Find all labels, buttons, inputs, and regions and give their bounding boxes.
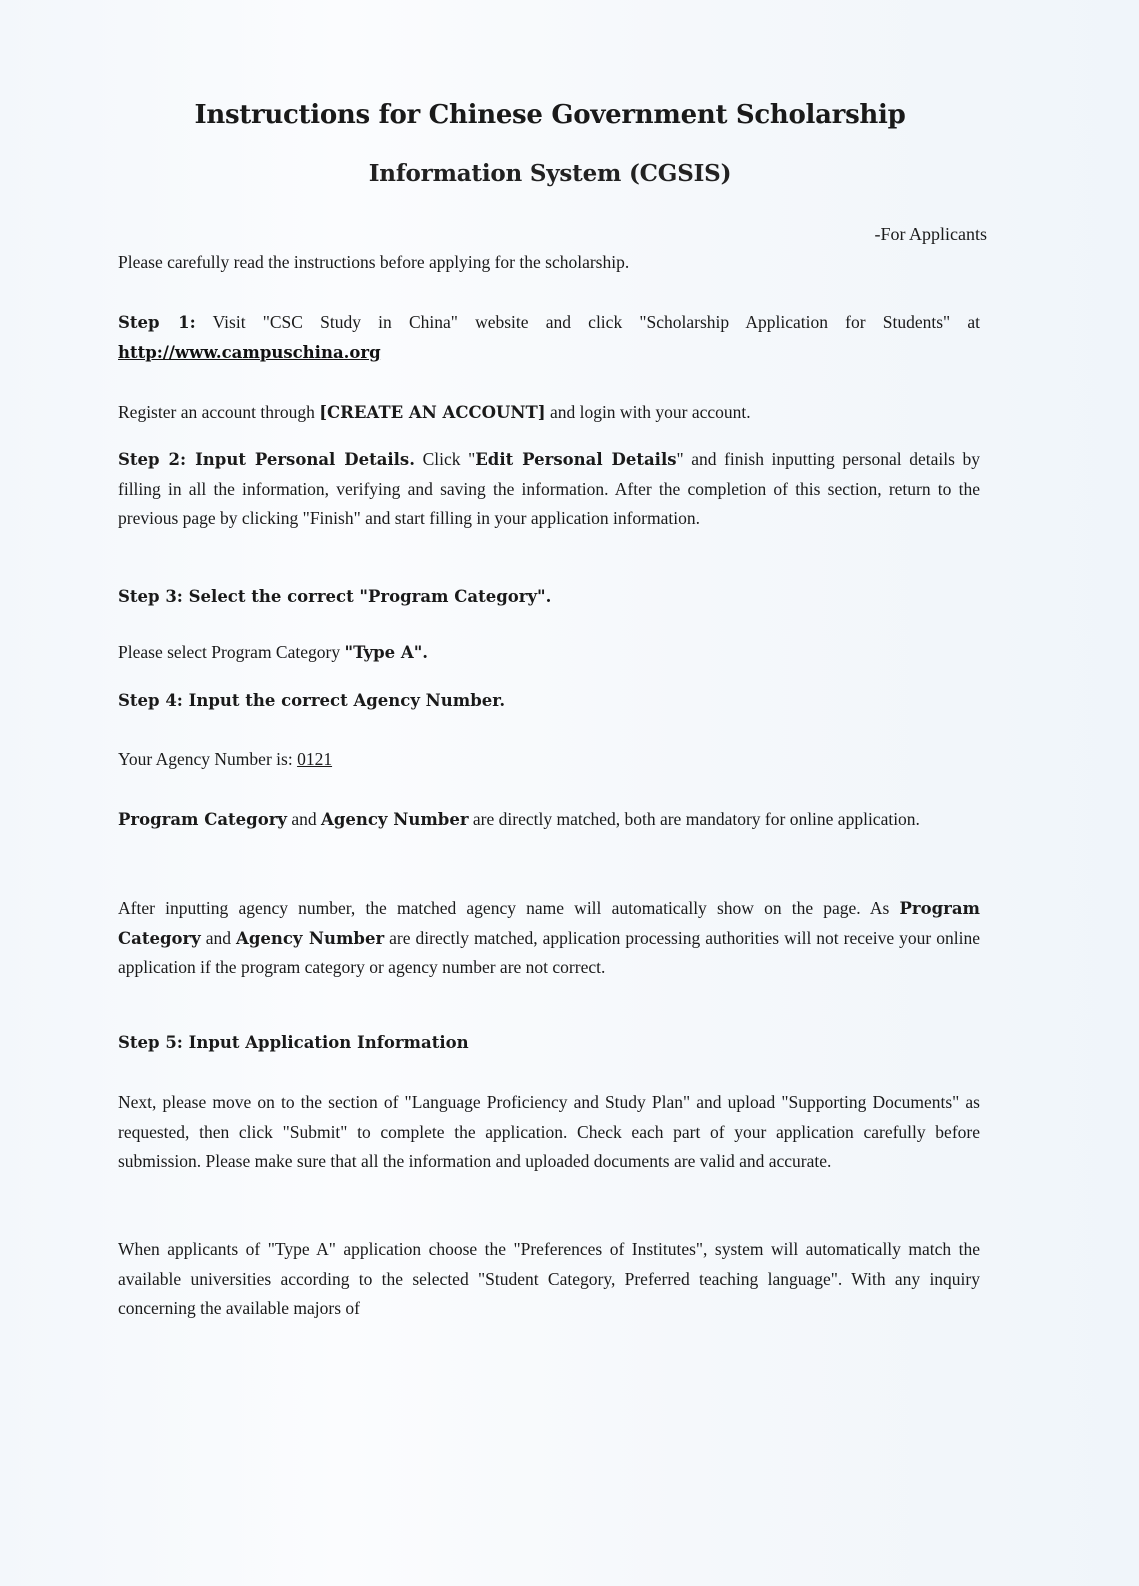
step4-heading: Step 4: Input the correct Agency Number. bbox=[118, 691, 505, 710]
agency-number-term: Agency Number bbox=[321, 810, 468, 829]
step5-heading: Step 5: Input Application Information bbox=[118, 1033, 469, 1052]
matching-text: are directly matched, both are mandatory… bbox=[469, 809, 920, 829]
register-paragraph: Register an account through [CREATE AN A… bbox=[118, 398, 980, 428]
intro-paragraph: Please carefully read the instructions b… bbox=[118, 248, 980, 278]
program-category-term: Program Category bbox=[118, 810, 287, 829]
matching-paragraph: Program Category and Agency Number are d… bbox=[118, 805, 980, 835]
step3-heading: Step 3: Select the correct "Program Cate… bbox=[118, 587, 551, 606]
program-category-value: "Type A". bbox=[344, 643, 428, 662]
document-title: Instructions for Chinese Government Scho… bbox=[0, 100, 1100, 130]
step1-paragraph: Step 1: Visit "CSC Study in China" websi… bbox=[118, 308, 980, 367]
campuschina-link[interactable]: http://www.campuschina.org bbox=[118, 343, 381, 362]
document-page: Instructions for Chinese Government Scho… bbox=[0, 0, 1139, 1586]
agency-number-label: Your Agency Number is: bbox=[118, 749, 297, 769]
step3-heading-block: Step 3: Select the correct "Program Cate… bbox=[118, 582, 980, 612]
register-text-after: and login with your account. bbox=[546, 402, 751, 422]
program-category-text: Please select Program Category bbox=[118, 642, 344, 662]
step5-paragraph: Next, please move on to the section of "… bbox=[118, 1088, 980, 1177]
program-category-paragraph: Please select Program Category "Type A". bbox=[118, 638, 980, 668]
step5-heading-block: Step 5: Input Application Information bbox=[118, 1028, 980, 1058]
agency-number-term: Agency Number bbox=[236, 929, 384, 948]
document-subtitle: Information System (CGSIS) bbox=[0, 160, 1100, 187]
create-account-label: [CREATE AN ACCOUNT] bbox=[319, 403, 545, 422]
step2-pre: Click " bbox=[415, 449, 475, 469]
and-text: and bbox=[287, 809, 321, 829]
step1-label: Step 1: bbox=[118, 313, 196, 332]
after-input-paragraph: After inputting agency number, the match… bbox=[118, 894, 980, 983]
type-a-note-paragraph: When applicants of "Type A" application … bbox=[118, 1235, 980, 1324]
agency-number-paragraph: Your Agency Number is: 0121 bbox=[118, 745, 980, 775]
step2-heading: Step 2: Input Personal Details. bbox=[118, 450, 415, 469]
register-text-before: Register an account through bbox=[118, 402, 319, 422]
and-text: and bbox=[201, 928, 236, 948]
step2-paragraph: Step 2: Input Personal Details. Click "E… bbox=[118, 445, 980, 534]
agency-number-value: 0121 bbox=[297, 749, 332, 769]
edit-personal-details-label: Edit Personal Details bbox=[475, 450, 676, 469]
after-input-text1: After inputting agency number, the match… bbox=[118, 898, 900, 918]
step4-heading-block: Step 4: Input the correct Agency Number. bbox=[118, 686, 980, 716]
audience-label: -For Applicants bbox=[875, 224, 988, 245]
step1-text: Visit "CSC Study in China" website and c… bbox=[196, 312, 980, 332]
